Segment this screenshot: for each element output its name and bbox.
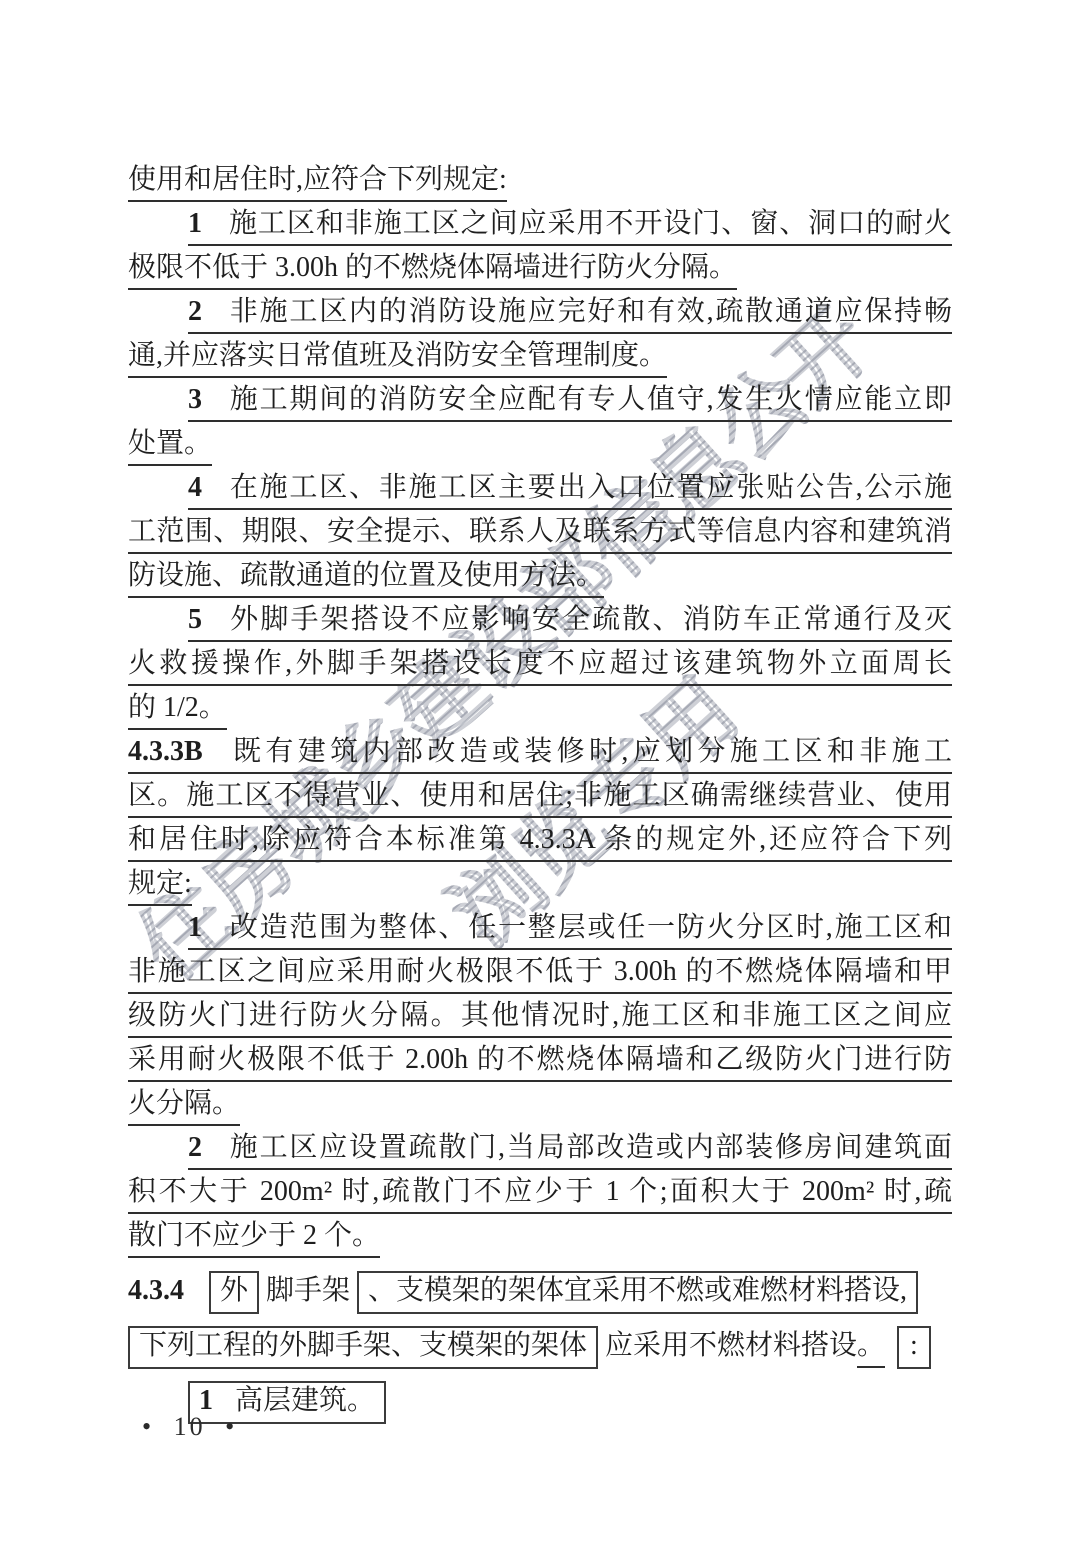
text-line: 积不大于 200m² 时,疏散门不应少于 1 个;面积大于 200m² 时,疏 xyxy=(128,1170,952,1214)
line-text: 处置。 xyxy=(128,428,212,459)
revision-box: 下列工程的外脚手架、支模架的架体 xyxy=(128,1326,598,1369)
text-segment: 火分隔。 xyxy=(128,1088,240,1126)
line-text: 规定: xyxy=(128,868,192,899)
text-line: 3施工期间的消防安全应配有专人值守,发生火情应能立即 xyxy=(128,378,952,422)
text-line: 火救援操作,外脚手架搭设长度不应超过该建筑物外立面周长 xyxy=(128,642,952,686)
text-segment: 使用和居住时,应符合下列规定: xyxy=(128,164,507,202)
text-segment: 的 1/2。 xyxy=(128,692,227,730)
line-text: 工范围、期限、安全提示、联系人及联系方式等信息内容和建筑消 xyxy=(128,516,952,547)
text-segment: 高层建筑。 xyxy=(235,1385,375,1416)
text-segment: 2施工区应设置疏散门,当局部改造或内部装修房间建筑面 xyxy=(188,1132,952,1170)
text-segment: 1施工区和非施工区之间应采用不开设门、窗、洞口的耐火 xyxy=(188,208,952,246)
text-line: 下列工程的外脚手架、支模架的架体应采用不燃材料搭设。: xyxy=(128,1324,952,1368)
line-text: 既有建筑内部改造或装修时,应划分施工区和非施工 xyxy=(229,736,952,767)
text-segment: 非施工区之间应采用耐火极限不低于 3.00h 的不燃烧体隔墙和甲 xyxy=(128,956,952,994)
text-segment: 脚手架 xyxy=(266,1275,350,1306)
text-line: 火分隔。 xyxy=(128,1082,952,1126)
text-block: 使用和居住时,应符合下列规定:1施工区和非施工区之间应采用不开设门、窗、洞口的耐… xyxy=(128,158,952,1423)
line-text: 非施工区之间应采用耐火极限不低于 3.00h 的不燃烧体隔墙和甲 xyxy=(128,956,952,987)
text-segment: 工范围、期限、安全提示、联系人及联系方式等信息内容和建筑消 xyxy=(128,516,952,554)
text-segment: 极限不低于 3.00h 的不燃烧体隔墙进行防火分隔。 xyxy=(128,252,737,290)
line-text: 防设施、疏散通道的位置及使用方法。 xyxy=(128,560,604,591)
text-segment: 4.3.3B既有建筑内部改造或装修时,应划分施工区和非施工 xyxy=(128,736,952,774)
line-text: 区。施工区不得营业、使用和居住;非施工区确需继续营业、使用 xyxy=(128,780,952,811)
text-segment: 采用耐火极限不低于 2.00h 的不燃烧体隔墙和乙级防火门进行防 xyxy=(128,1044,952,1082)
item-number: 3 xyxy=(188,384,202,415)
text-line: 2非施工区内的消防设施应完好和有效,疏散通道应保持畅 xyxy=(128,290,952,334)
text-line: 1改造范围为整体、任一整层或任一防火分区时,施工区和 xyxy=(128,906,952,950)
text-line: 4.3.3B既有建筑内部改造或装修时,应划分施工区和非施工 xyxy=(128,730,952,774)
text-line: 防设施、疏散通道的位置及使用方法。 xyxy=(128,554,952,598)
text-segment: 2非施工区内的消防设施应完好和有效,疏散通道应保持畅 xyxy=(188,296,952,334)
line-text: 施工区和非施工区之间应采用不开设门、窗、洞口的耐火 xyxy=(228,208,952,239)
text-line: 5外脚手架搭设不应影响安全疏散、消防车正常通行及灭 xyxy=(128,598,952,642)
item-number: 2 xyxy=(188,1132,202,1163)
text-line: 4在施工区、非施工区主要出入口位置应张贴公告,公示施 xyxy=(128,466,952,510)
item-number: 1 xyxy=(188,912,202,943)
line-text: 火分隔。 xyxy=(128,1088,240,1119)
revision-box: : xyxy=(897,1326,931,1369)
item-number: 1 xyxy=(188,208,202,239)
text-segment: 1改造范围为整体、任一整层或任一防火分区时,施工区和 xyxy=(188,912,952,950)
text-line: 1高层建筑。 xyxy=(128,1379,952,1423)
text-segment: 4.3.4 xyxy=(128,1275,184,1306)
item-number: 4 xyxy=(188,472,202,503)
text-segment: 4在施工区、非施工区主要出入口位置应张贴公告,公示施 xyxy=(188,472,952,510)
revision-box: 外 xyxy=(209,1271,259,1314)
revision-box: 、支模架的架体宜采用不燃或难燃材料搭设, xyxy=(357,1271,918,1314)
text-line: 的 1/2。 xyxy=(128,686,952,730)
line-text: 使用和居住时,应符合下列规定: xyxy=(128,164,507,195)
item-number: 5 xyxy=(188,604,202,635)
text-segment: 5外脚手架搭设不应影响安全疏散、消防车正常通行及灭 xyxy=(188,604,952,642)
line-text: 通,并应落实日常值班及消防安全管理制度。 xyxy=(128,340,667,371)
text-segment: 火救援操作,外脚手架搭设长度不应超过该建筑物外立面周长 xyxy=(128,648,952,686)
line-text: 施工期间的消防安全应配有专人值守,发生火情应能立即 xyxy=(228,384,952,415)
text-line: 极限不低于 3.00h 的不燃烧体隔墙进行防火分隔。 xyxy=(128,246,952,290)
text-segment: 处置。 xyxy=(128,428,212,466)
text-line: 4.3.4外脚手架、支模架的架体宜采用不燃或难燃材料搭设, xyxy=(128,1269,952,1313)
text-segment: 3施工期间的消防安全应配有专人值守,发生火情应能立即 xyxy=(188,384,952,422)
text-line: 级防火门进行防火分隔。其他情况时,施工区和非施工区之间应 xyxy=(128,994,952,1038)
text-line: 规定: xyxy=(128,862,952,906)
document-page: 住房城乡建设部信息公开 浏览专用 使用和居住时,应符合下列规定:1施工区和非施工… xyxy=(0,0,1080,1567)
text-segment: 通,并应落实日常值班及消防安全管理制度。 xyxy=(128,340,667,378)
text-line: 处置。 xyxy=(128,422,952,466)
line-text: 火救援操作,外脚手架搭设长度不应超过该建筑物外立面周长 xyxy=(128,648,952,679)
text-segment: 应采用不燃材料搭设 xyxy=(605,1330,857,1361)
text-line: 非施工区之间应采用耐火极限不低于 3.00h 的不燃烧体隔墙和甲 xyxy=(128,950,952,994)
text-segment: 防设施、疏散通道的位置及使用方法。 xyxy=(128,560,604,598)
item-number: 4.3.3B xyxy=(128,736,203,767)
text-line: 1施工区和非施工区之间应采用不开设门、窗、洞口的耐火 xyxy=(128,202,952,246)
text-line: 通,并应落实日常值班及消防安全管理制度。 xyxy=(128,334,952,378)
line-text: 积不大于 200m² 时,疏散门不应少于 1 个;面积大于 200m² 时,疏 xyxy=(128,1176,952,1207)
text-segment: 和居住时,除应符合本标准第 4.3.3A 条的规定外,还应符合下列 xyxy=(128,824,952,862)
text-line: 散门不应少于 2 个。 xyxy=(128,1214,952,1258)
item-number: 2 xyxy=(188,296,202,327)
line-text: 的 1/2。 xyxy=(128,692,227,723)
text-line: 和居住时,除应符合本标准第 4.3.3A 条的规定外,还应符合下列 xyxy=(128,818,952,862)
text-segment: 积不大于 200m² 时,疏散门不应少于 1 个;面积大于 200m² 时,疏 xyxy=(128,1176,952,1214)
line-text: 极限不低于 3.00h 的不燃烧体隔墙进行防火分隔。 xyxy=(128,252,737,283)
text-segment: 级防火门进行防火分隔。其他情况时,施工区和非施工区之间应 xyxy=(128,1000,952,1038)
line-text: 施工区应设置疏散门,当局部改造或内部装修房间建筑面 xyxy=(228,1132,952,1163)
text-segment: 区。施工区不得营业、使用和居住;非施工区确需继续营业、使用 xyxy=(128,780,952,818)
line-text: 在施工区、非施工区主要出入口位置应张贴公告,公示施 xyxy=(228,472,952,503)
line-text: 改造范围为整体、任一整层或任一防火分区时,施工区和 xyxy=(228,912,952,943)
text-segment: 散门不应少于 2 个。 xyxy=(128,1220,380,1258)
text-line: 使用和居住时,应符合下列规定: xyxy=(128,158,952,202)
line-text: 外脚手架搭设不应影响安全疏散、消防车正常通行及灭 xyxy=(228,604,952,635)
text-segment: 规定: xyxy=(128,868,192,906)
line-text: 散门不应少于 2 个。 xyxy=(128,1220,380,1251)
page-number: • 10 • xyxy=(142,1412,237,1442)
text-segment: 。 xyxy=(857,1330,885,1368)
text-line: 采用耐火极限不低于 2.00h 的不燃烧体隔墙和乙级防火门进行防 xyxy=(128,1038,952,1082)
text-line: 2施工区应设置疏散门,当局部改造或内部装修房间建筑面 xyxy=(128,1126,952,1170)
text-line: 区。施工区不得营业、使用和居住;非施工区确需继续营业、使用 xyxy=(128,774,952,818)
line-text: 级防火门进行防火分隔。其他情况时,施工区和非施工区之间应 xyxy=(128,1000,952,1031)
line-text: 和居住时,除应符合本标准第 4.3.3A 条的规定外,还应符合下列 xyxy=(128,824,952,855)
line-text: 采用耐火极限不低于 2.00h 的不燃烧体隔墙和乙级防火门进行防 xyxy=(128,1044,952,1075)
text-line: 工范围、期限、安全提示、联系人及联系方式等信息内容和建筑消 xyxy=(128,510,952,554)
line-text: 非施工区内的消防设施应完好和有效,疏散通道应保持畅 xyxy=(228,296,952,327)
